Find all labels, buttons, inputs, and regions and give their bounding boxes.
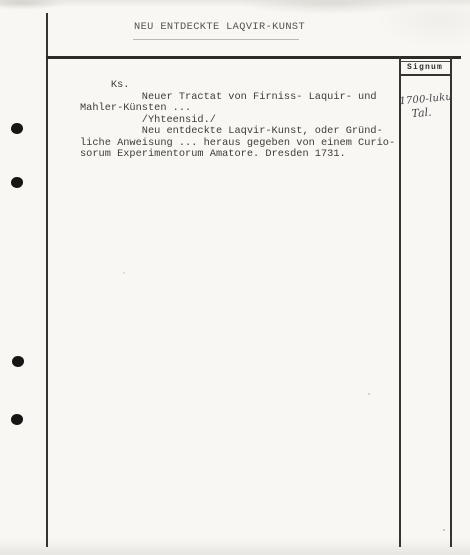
card-title: NEU ENTDECKTE LAQVIR-KUNST bbox=[134, 21, 305, 33]
signum-column-left-rule bbox=[399, 56, 401, 547]
card-left-border-rule bbox=[46, 13, 48, 547]
catalog-entry-text: Ks. Neuer Tractat von Firniss- Laquir- u… bbox=[80, 80, 395, 161]
entry-line: Neu entdeckte Laqvir-Kunst, oder Gründ- bbox=[80, 126, 395, 138]
entry-line: sorum Experimentorum Amatore. Dresden 17… bbox=[80, 149, 395, 161]
punch-hole bbox=[11, 414, 23, 425]
signum-column-right-rule bbox=[450, 56, 452, 547]
card-title-underline bbox=[133, 39, 299, 40]
punch-hole bbox=[11, 123, 23, 134]
punch-hole bbox=[12, 356, 24, 367]
catalog-card-scan: NEU ENTDECKTE LAQVIR-KUNST Signum 1700-l… bbox=[0, 0, 470, 555]
signum-column-header: Signum bbox=[399, 63, 451, 72]
entry-line: Mahler-Künsten ... bbox=[80, 103, 395, 115]
punch-hole bbox=[11, 177, 23, 188]
signum-header-bottom-rule bbox=[399, 74, 451, 76]
scan-speck bbox=[0, 0, 2, 2]
signum-handwritten-note: 1700-luku Tal. bbox=[399, 92, 453, 121]
entry-line: Ks. bbox=[80, 80, 395, 92]
